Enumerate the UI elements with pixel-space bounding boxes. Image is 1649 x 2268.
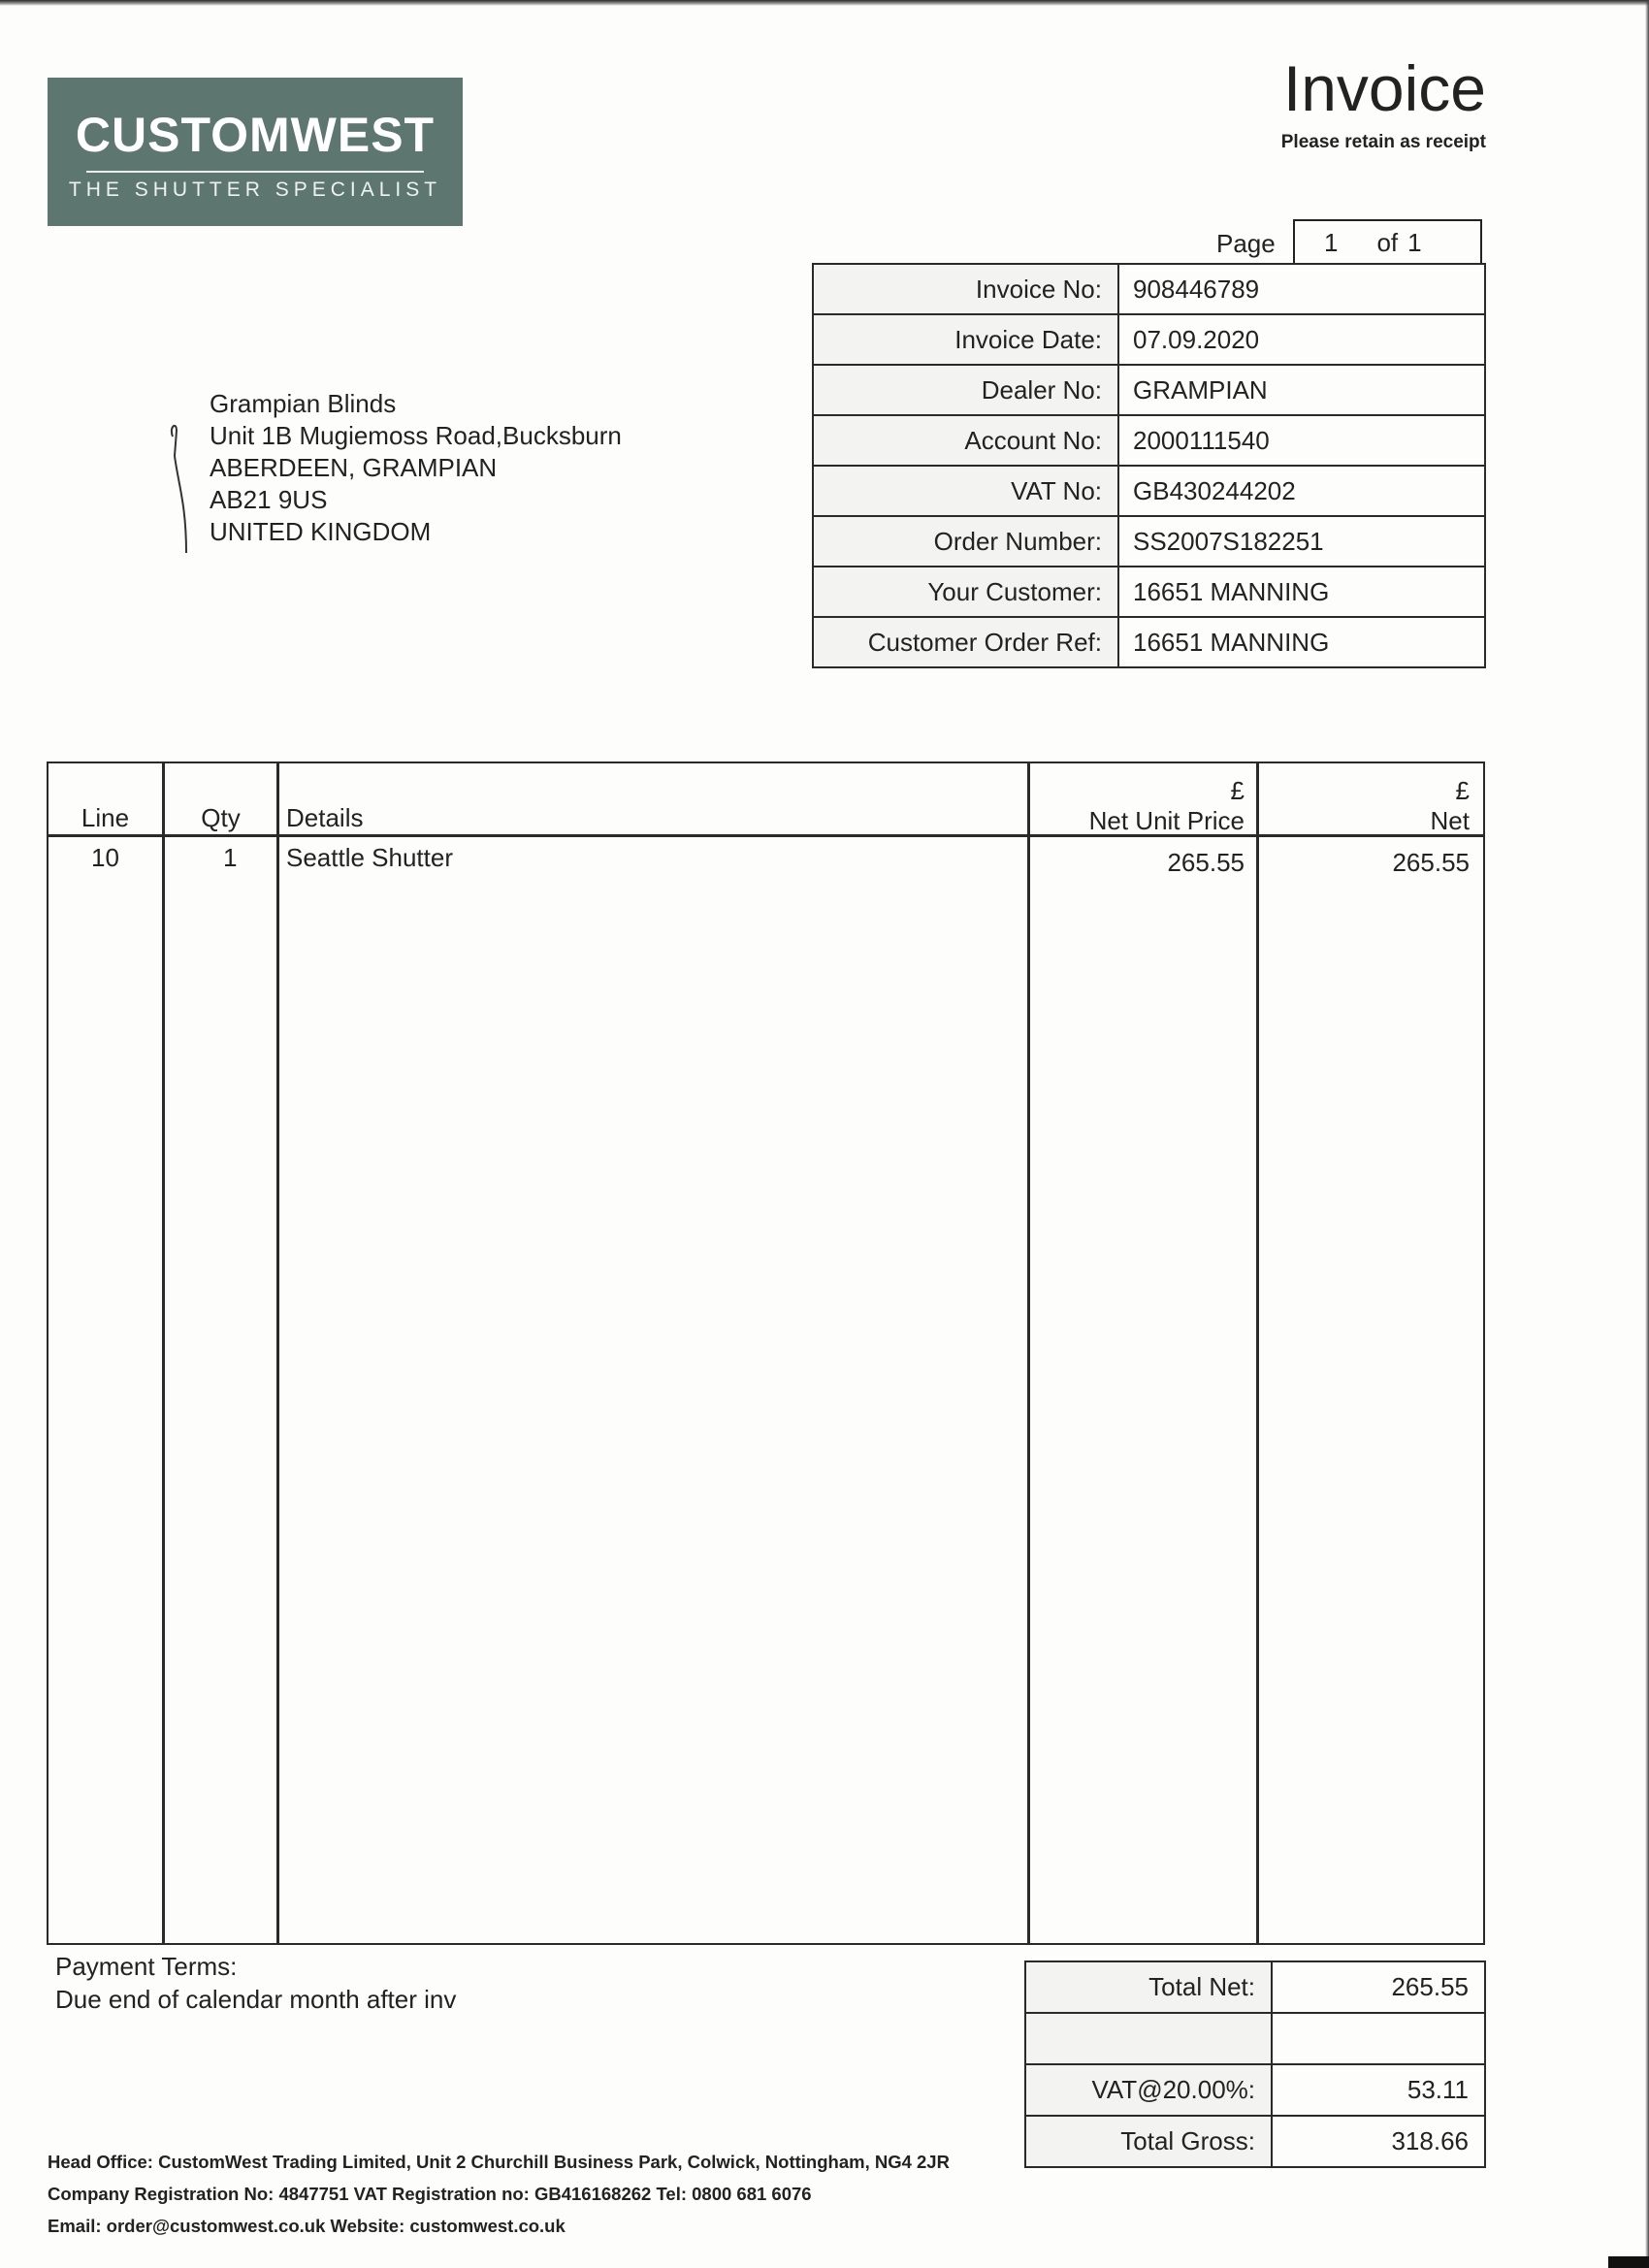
scan-edge-top (0, 0, 1649, 6)
row-line: 10 (48, 845, 162, 870)
logo-divider (86, 171, 424, 173)
info-row-invoice-date: Invoice Date: 07.09.2020 (813, 314, 1485, 365)
payment-terms-text: Due end of calendar month after inv (55, 1983, 456, 2016)
footer-contact: Email: order@customwest.co.uk Website: c… (48, 2210, 950, 2242)
row-unit-price: 265.55 (1030, 850, 1245, 875)
scan-edge-right (1645, 0, 1649, 2268)
column-divider (162, 763, 165, 1943)
totals-row-blank (1025, 2013, 1485, 2064)
staple-mark (165, 407, 204, 553)
page-label: Page (1216, 229, 1276, 259)
header-unit-price-currency: £ (1030, 778, 1245, 803)
header-net-currency: £ (1259, 778, 1470, 803)
header-details: Details (286, 805, 363, 830)
billing-address: Grampian Blinds Unit 1B Mugiemoss Road,B… (210, 388, 622, 548)
company-footer: Head Office: CustomWest Trading Limited,… (48, 2146, 950, 2242)
info-value: 16651 MANNING (1118, 617, 1485, 667)
info-row-vat-no: VAT No: GB430244202 (813, 466, 1485, 516)
logo-tagline: THE SHUTTER SPECIALIST (48, 178, 463, 202)
page-current: 1 (1324, 228, 1338, 258)
info-row-your-customer: Your Customer: 16651 MANNING (813, 567, 1485, 617)
totals-value: 318.66 (1272, 2116, 1485, 2167)
header-line: Line (48, 805, 162, 830)
info-value: GRAMPIAN (1118, 365, 1485, 415)
payment-terms: Payment Terms: Due end of calendar month… (55, 1950, 456, 2016)
header-divider (48, 834, 1483, 837)
info-row-order-number: Order Number: SS2007S182251 (813, 516, 1485, 567)
logo-name: CUSTOMWEST (48, 111, 463, 159)
info-label: Invoice No: (813, 264, 1118, 314)
page-of-label: of (1376, 228, 1398, 258)
totals-label: VAT@20.00%: (1025, 2064, 1272, 2116)
header-net: Net (1259, 808, 1470, 833)
info-label: Your Customer: (813, 567, 1118, 617)
info-value: 2000111540 (1118, 415, 1485, 466)
info-value: 16651 MANNING (1118, 567, 1485, 617)
info-row-invoice-no: Invoice No: 908446789 (813, 264, 1485, 314)
row-details: Seattle Shutter (286, 845, 453, 870)
scan-corner-mark (1608, 2256, 1649, 2268)
column-divider (276, 763, 279, 1943)
info-label: VAT No: (813, 466, 1118, 516)
totals-value (1272, 2013, 1485, 2064)
page-total: 1 (1407, 228, 1421, 258)
totals-row-net: Total Net: 265.55 (1025, 1961, 1485, 2013)
totals-row-vat: VAT@20.00%: 53.11 (1025, 2064, 1485, 2116)
info-label: Invoice Date: (813, 314, 1118, 365)
totals-table: Total Net: 265.55 VAT@20.00%: 53.11 Tota… (1024, 1960, 1486, 2168)
payment-terms-label: Payment Terms: (55, 1950, 456, 1983)
document-title: Invoice (1283, 56, 1486, 120)
info-value: 07.09.2020 (1118, 314, 1485, 365)
document-subtitle: Please retain as receipt (1281, 132, 1486, 153)
info-row-customer-order-ref: Customer Order Ref: 16651 MANNING (813, 617, 1485, 667)
footer-registration: Company Registration No: 4847751 VAT Reg… (48, 2178, 950, 2210)
line-items-table: Line Qty Details £ Net Unit Price £ Net … (47, 761, 1485, 1945)
footer-head-office: Head Office: CustomWest Trading Limited,… (48, 2146, 950, 2178)
invoice-info-table: Invoice No: 908446789 Invoice Date: 07.0… (812, 263, 1486, 668)
totals-label: Total Gross: (1025, 2116, 1272, 2167)
column-divider (1027, 763, 1030, 1943)
header-qty: Qty (165, 805, 276, 830)
info-label: Customer Order Ref: (813, 617, 1118, 667)
info-row-dealer-no: Dealer No: GRAMPIAN (813, 365, 1485, 415)
info-label: Dealer No: (813, 365, 1118, 415)
totals-value: 53.11 (1272, 2064, 1485, 2116)
info-value: GB430244202 (1118, 466, 1485, 516)
info-label: Order Number: (813, 516, 1118, 567)
info-label: Account No: (813, 415, 1118, 466)
address-line: UNITED KINGDOM (210, 516, 622, 548)
header-unit-price: Net Unit Price (1030, 808, 1245, 833)
page-indicator: 1 of 1 (1293, 219, 1482, 264)
address-line: AB21 9US (210, 484, 622, 516)
address-line: Unit 1B Mugiemoss Road,Bucksburn (210, 420, 622, 452)
company-logo: CUSTOMWEST THE SHUTTER SPECIALIST (48, 78, 463, 226)
info-value: 908446789 (1118, 264, 1485, 314)
totals-label: Total Net: (1025, 1961, 1272, 2013)
address-line: ABERDEEN, GRAMPIAN (210, 452, 622, 484)
totals-label (1025, 2013, 1272, 2064)
column-divider (1256, 763, 1259, 1943)
totals-row-gross: Total Gross: 318.66 (1025, 2116, 1485, 2167)
row-net: 265.55 (1259, 850, 1470, 875)
info-row-account-no: Account No: 2000111540 (813, 415, 1485, 466)
address-line: Grampian Blinds (210, 388, 622, 420)
row-qty: 1 (223, 845, 237, 870)
info-value: SS2007S182251 (1118, 516, 1485, 567)
totals-value: 265.55 (1272, 1961, 1485, 2013)
